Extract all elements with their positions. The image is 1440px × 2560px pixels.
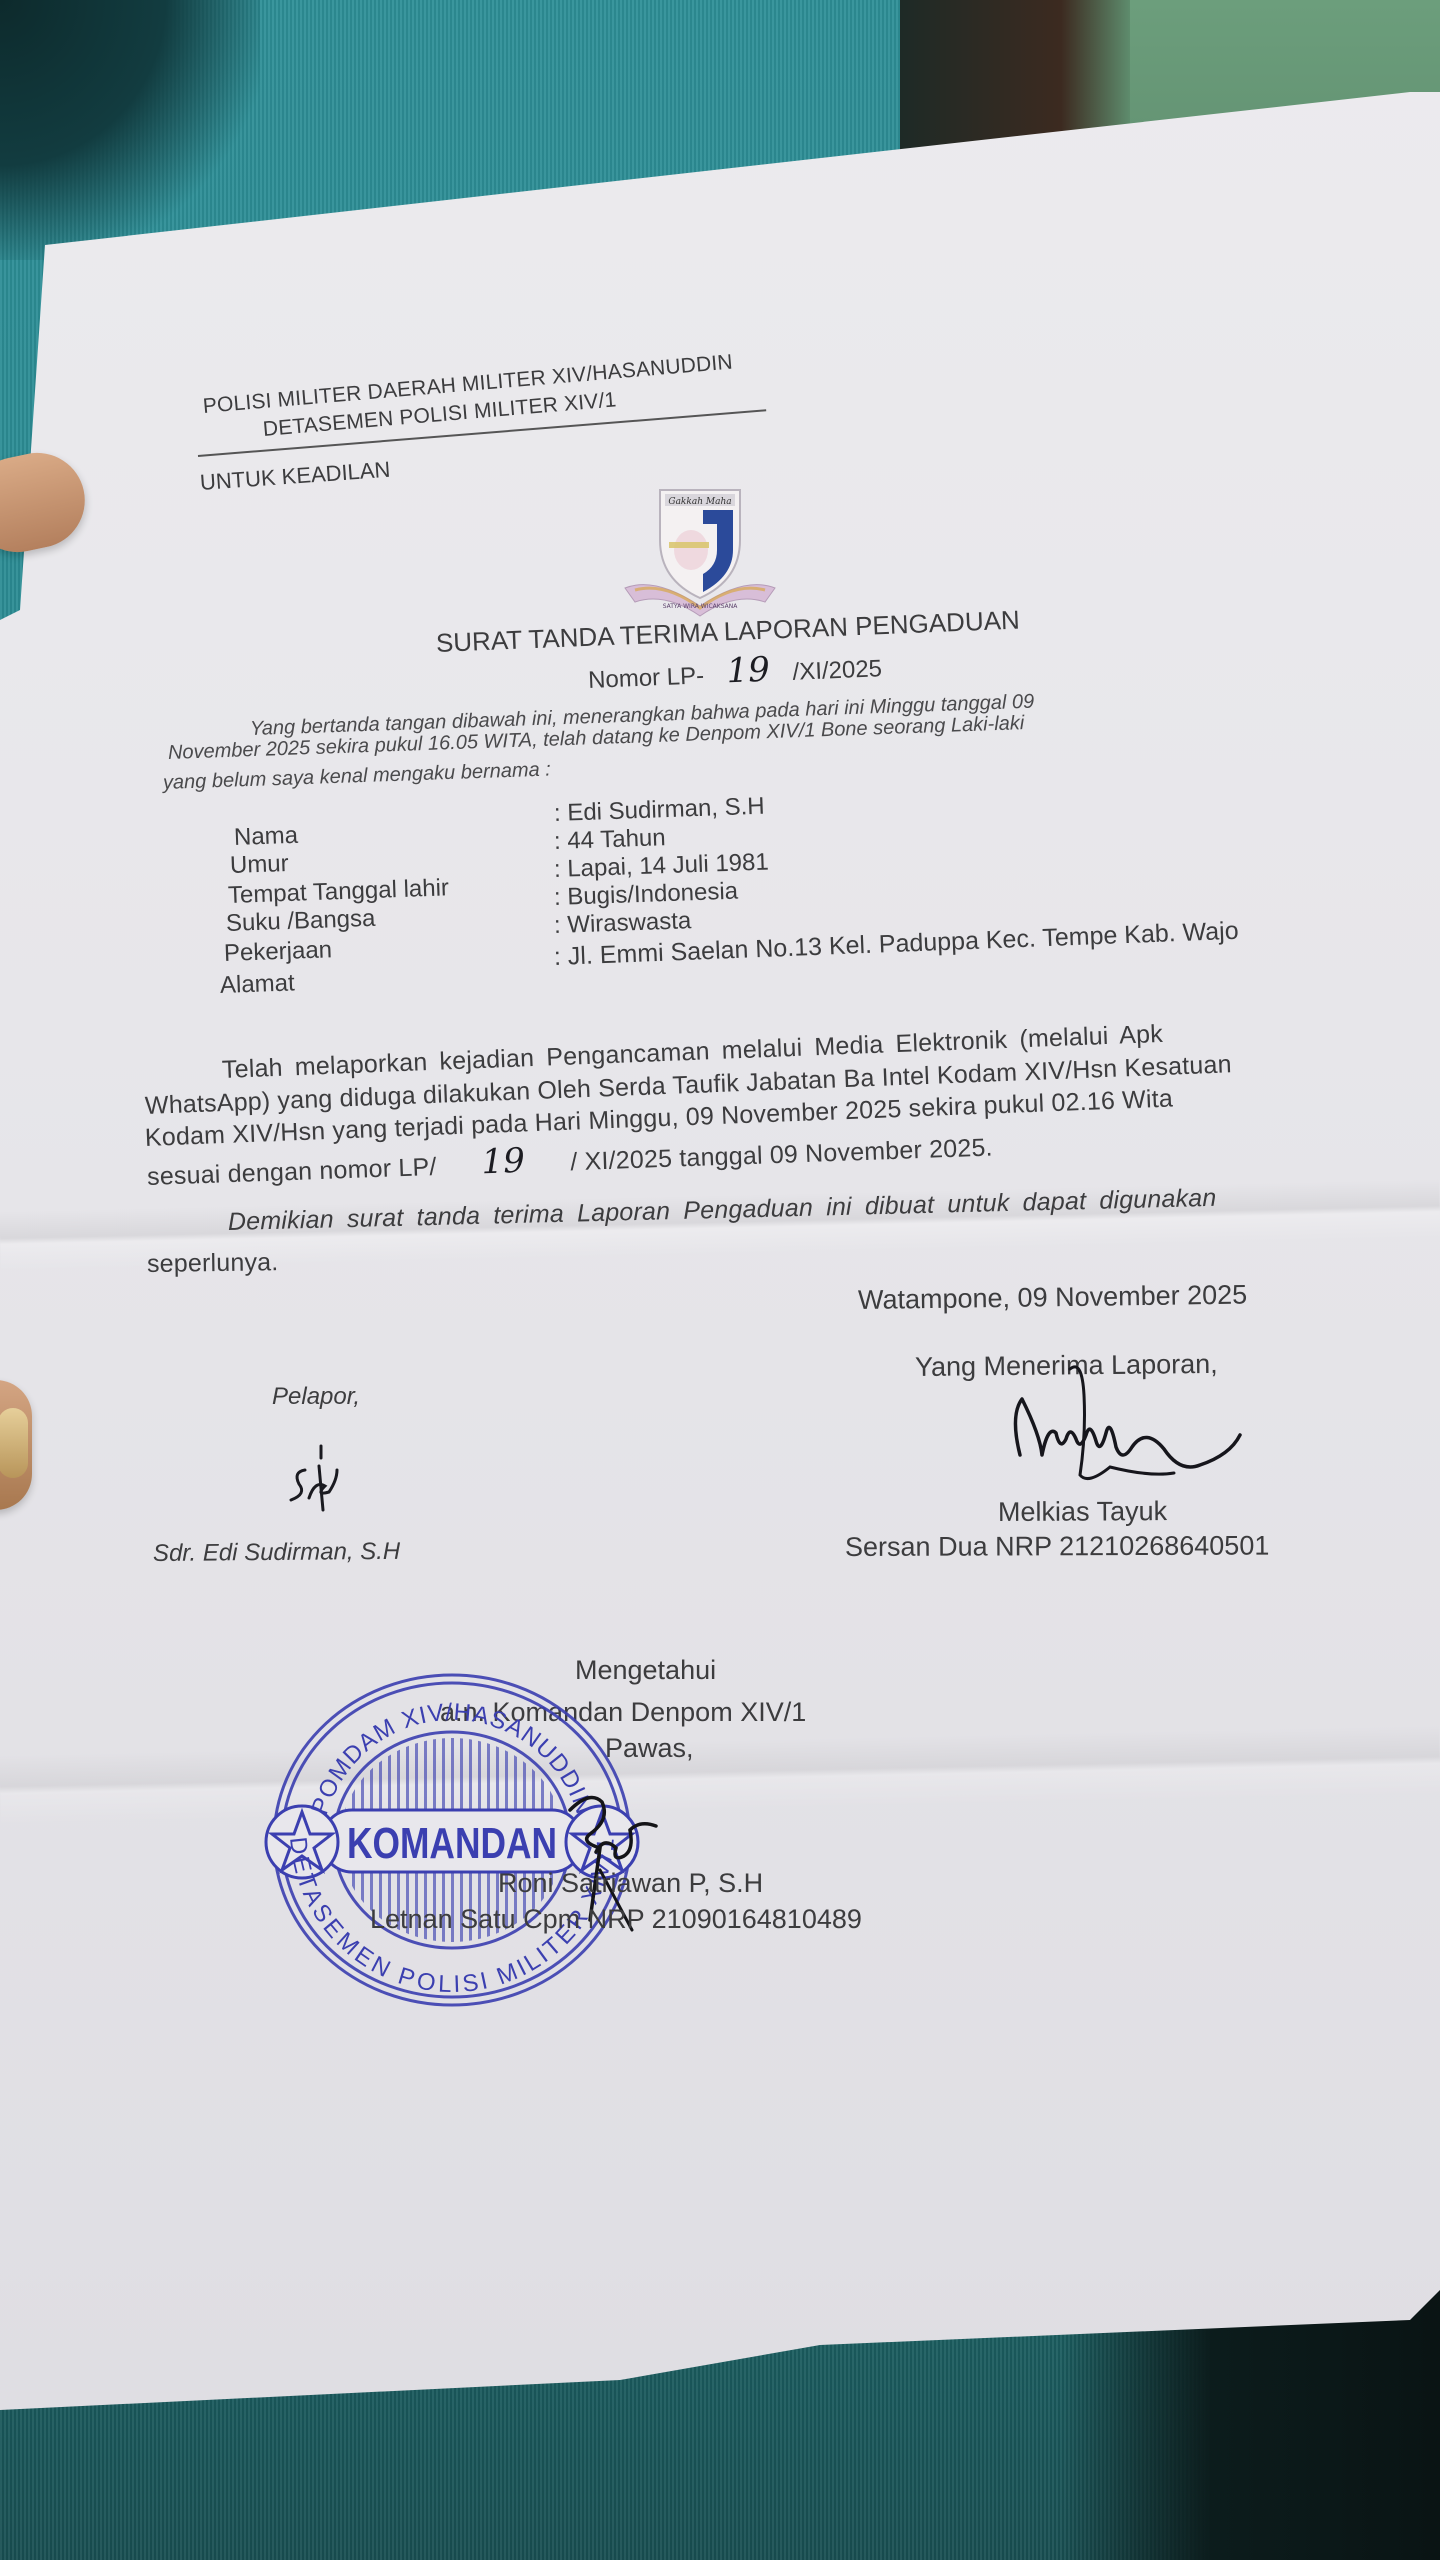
place-date: Watampone, 09 November 2025 xyxy=(858,1280,1248,1316)
letterhead-motto: UNTUK KEADILAN xyxy=(199,457,391,496)
document-number-handwritten: 19 xyxy=(726,650,771,692)
report-lp-prefix: sesuai dengan nomor LP/ xyxy=(147,1153,437,1191)
acknowledged-rank-nrp: Letnan Satu Cpm NRP 21090164810489 xyxy=(370,1904,862,1935)
field-value-nama: : Edi Sudirman, S.H xyxy=(554,793,766,828)
receiver-name: Melkias Tayuk xyxy=(998,1496,1167,1528)
receiver-rank-nrp: Sersan Dua NRP 21210268640501 xyxy=(845,1531,1269,1563)
field-value-occupation: : Wiraswasta xyxy=(554,907,692,940)
field-label-occupation: Pekerjaan xyxy=(224,936,333,968)
closing-line-2: seperlunya. xyxy=(147,1248,279,1279)
document-number: Nomor LP- 19 /XI/2025 xyxy=(587,645,882,697)
document-number-prefix: Nomor LP- xyxy=(588,662,705,694)
svg-text:SATYA WIRA WICAKSANA: SATYA WIRA WICAKSANA xyxy=(663,603,739,610)
complaint-receipt-letter: POLISI MILITER DAERAH MILITER XIV/HASANU… xyxy=(0,0,1440,2560)
svg-text:Gakkah Maha: Gakkah Maha xyxy=(668,497,731,507)
receiver-signature-icon xyxy=(1000,1355,1260,1505)
reporter-signature-icon xyxy=(285,1440,355,1520)
acknowledged-name: Roni Satriawan P, S.H xyxy=(498,1868,763,1899)
reporter-label: Pelapor, xyxy=(272,1383,360,1411)
intro-line-3: yang belum saya kenal mengaku bernama : xyxy=(163,758,552,795)
field-label-umur: Umur xyxy=(230,850,290,880)
field-value-umur: : 44 Tahun xyxy=(554,824,667,856)
field-label-address: Alamat xyxy=(220,969,296,1000)
field-value-ethnicity: : Bugis/Indonesia xyxy=(554,878,739,912)
closing-line-1: Demikian surat tanda terima Laporan Peng… xyxy=(228,1184,1217,1237)
field-label-nama: Nama xyxy=(234,822,299,852)
field-label-birth: Tempat Tanggal lahir xyxy=(228,874,450,910)
svg-text:KOMANDAN: KOMANDAN xyxy=(347,1819,557,1868)
reporter-name: Sdr. Edi Sudirman, S.H xyxy=(153,1538,400,1568)
report-lp-handwritten: 19 xyxy=(481,1141,526,1182)
unit-crest-shield-icon: Gakkah Maha SATYA WIRA WICAKSANA xyxy=(615,480,785,620)
field-label-ethnicity: Suku /Bangsa xyxy=(226,905,376,938)
document-number-suffix: /XI/2025 xyxy=(792,655,882,686)
report-lp-suffix: / XI/2025 tanggal 09 November 2025. xyxy=(570,1133,993,1176)
